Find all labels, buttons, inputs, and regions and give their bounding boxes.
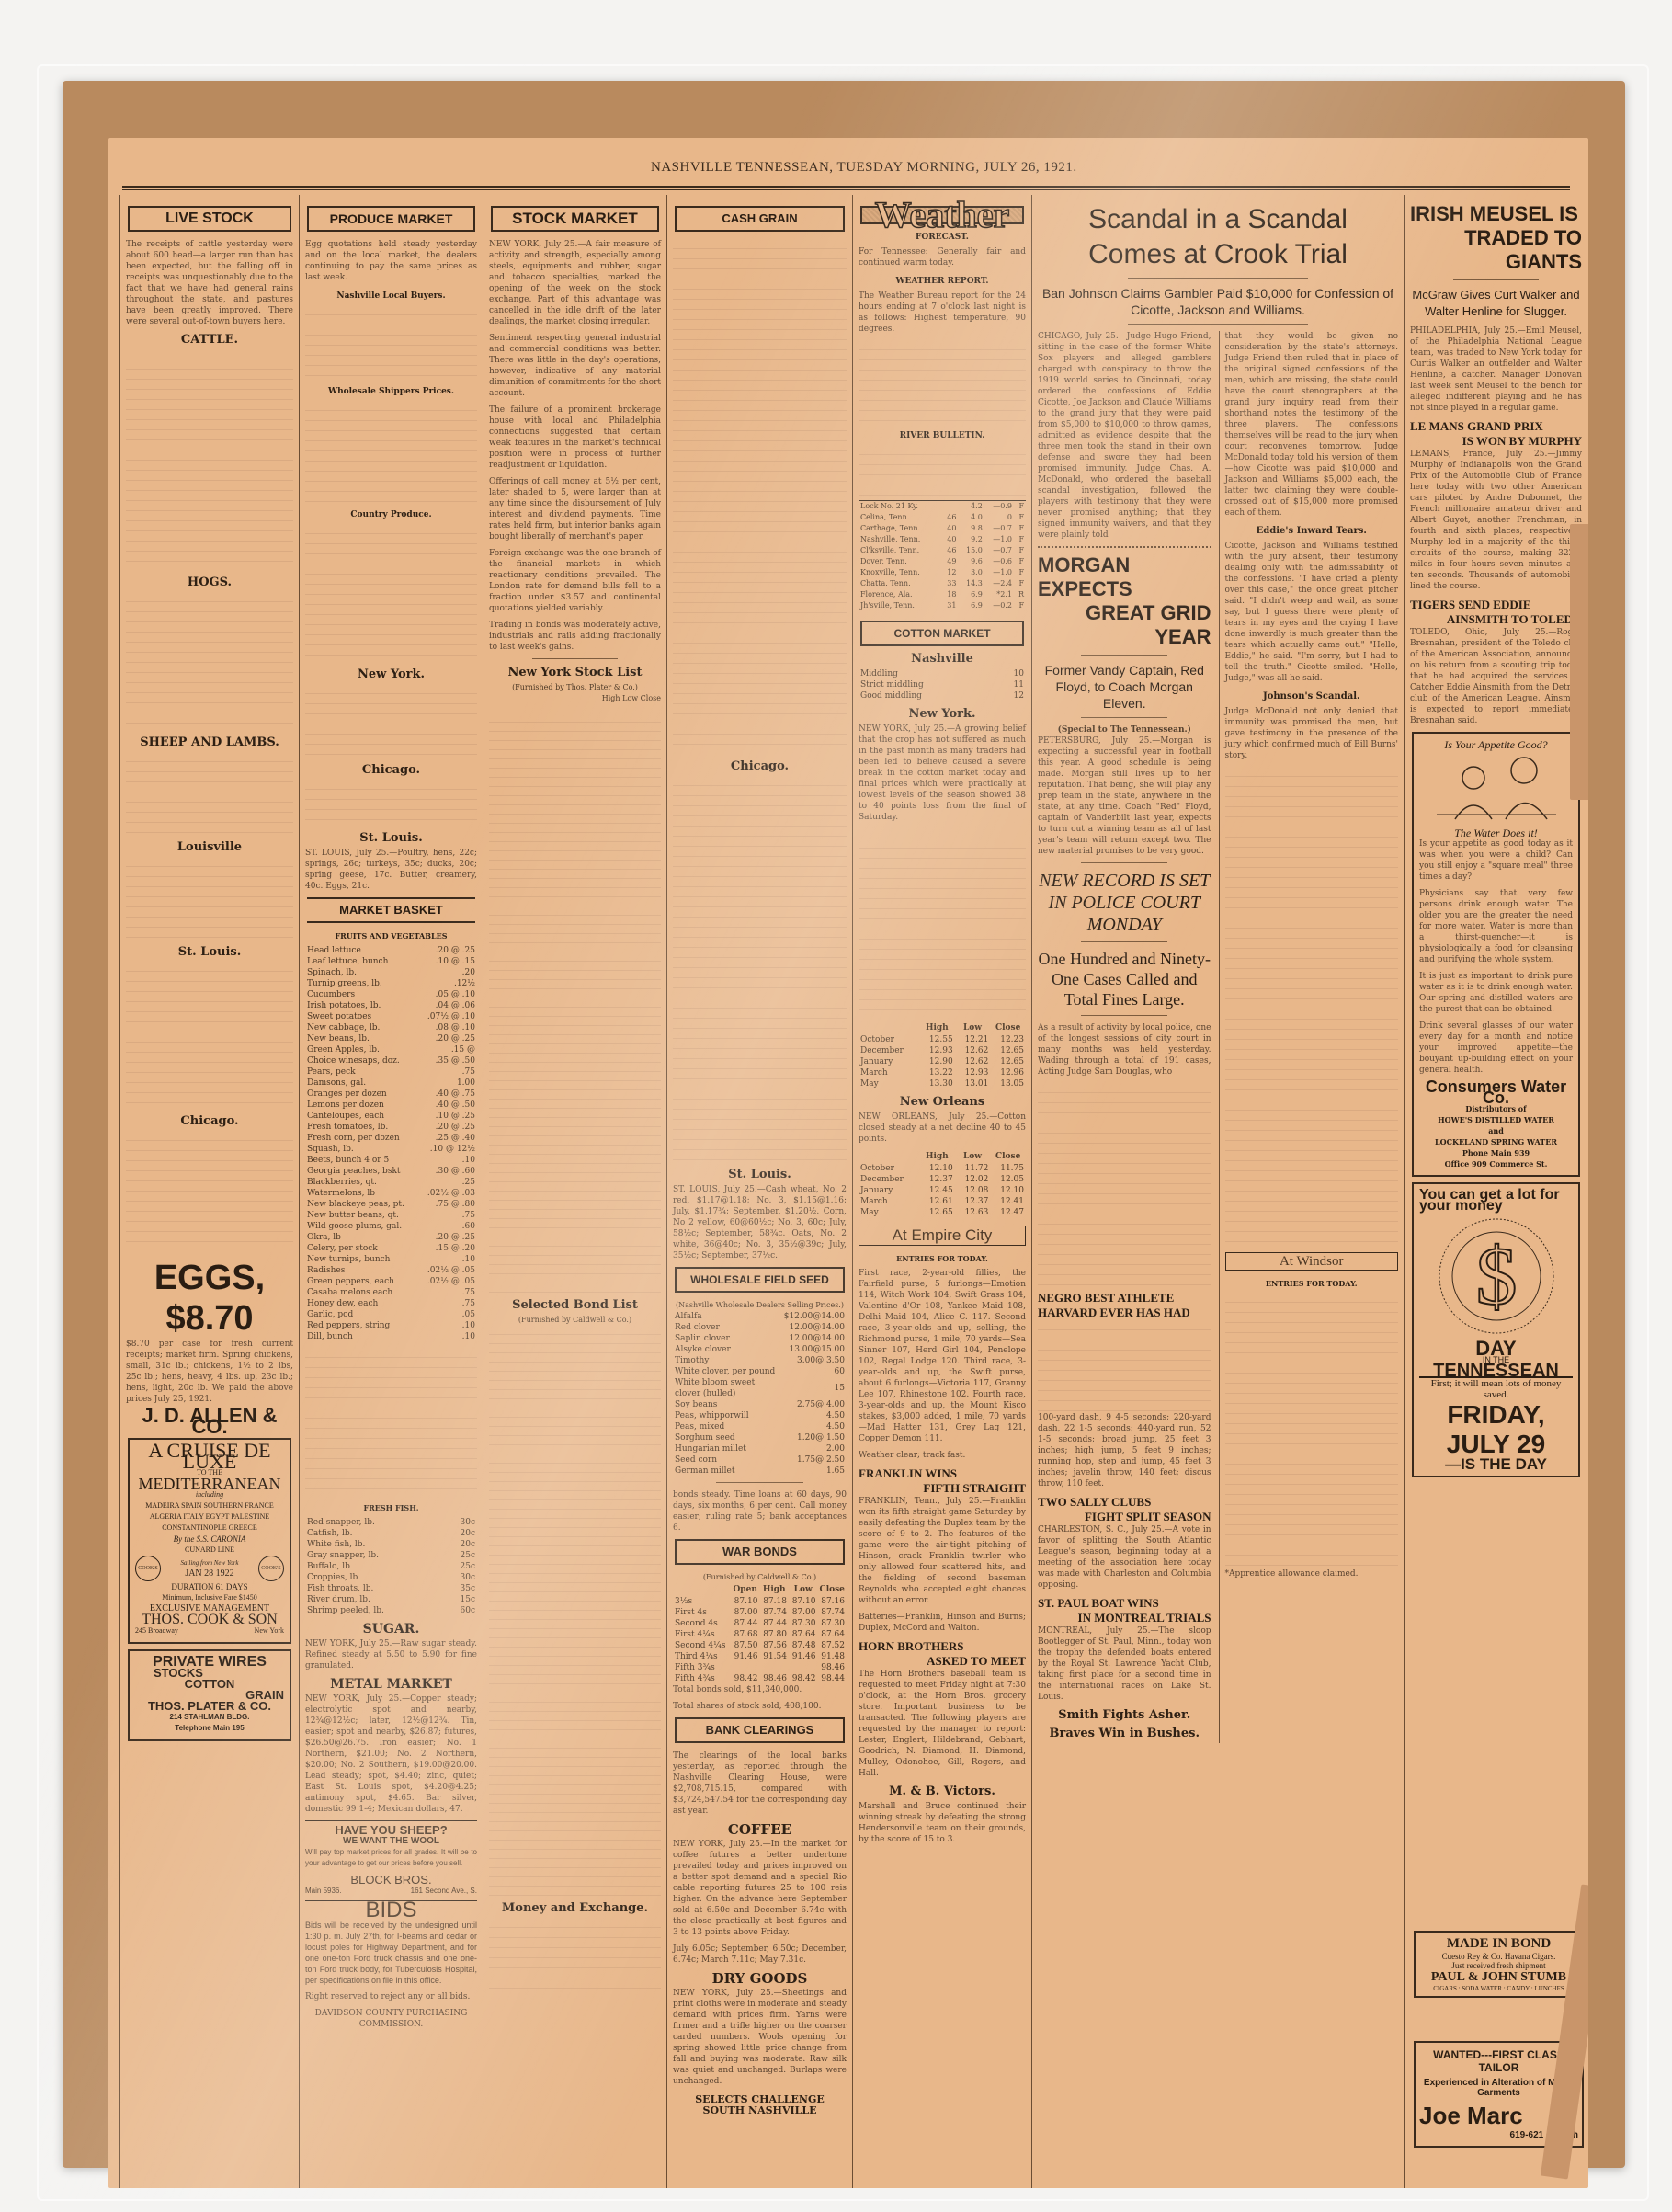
scandal-headline-2: Comes at Crook Trial [1038,237,1398,272]
col-low: Low [622,694,638,702]
table-cell: .75 [419,1287,477,1298]
table-cell: Fish throats, lb. [305,1583,445,1594]
dollar-day-friday: FRIDAY, [1419,1400,1573,1430]
table-cell: 11.72 [955,1163,991,1174]
horn-text: The Horn Brothers baseball team is reque… [859,1669,1026,1779]
table-cell: 30c [445,1572,477,1583]
table-cell: 87.18 [759,1596,789,1607]
sheep-ad-phone: Main 5936. [305,1886,342,1897]
table-cell: —0.2 [984,600,1014,611]
table-row: Buffalo, lb25c [305,1561,477,1572]
field-seed-header: WHOLESALE FIELD SEED [675,1267,845,1293]
table-cell: 12.08 [955,1185,991,1196]
table-cell: 13.01 [955,1078,991,1089]
table-cell: Radishes [305,1265,419,1276]
table-row: Florence, Ala.186.9*2.1R [859,589,1026,600]
table-cell: Dover, Tenn. [859,556,941,567]
victors-text: Marshall and Bruce continued their winni… [859,1801,1026,1845]
table-row: Saplin clover12.00@14.00 [673,1333,847,1344]
table-row: Georgia peaches, bskt.30 @ .60 [305,1166,477,1177]
table-cell: Spinach, lb. [305,967,419,978]
table-row: White bloom sweet clover (hulled)15 [673,1377,847,1399]
table-row: October12.5512.2112.23 [859,1034,1026,1045]
table-cell: 87.68 [731,1629,760,1640]
table-cell [673,1583,731,1596]
table-cell: Watermelons, lb [305,1188,419,1199]
table-cell: .05 [419,1309,477,1320]
table-row: 3½s87.1087.1887.1087.16 [673,1596,847,1607]
divider [1081,862,1167,864]
private-wires-ad: PRIVATE WIRES STOCKS COTTON GRAIN THOS. … [128,1649,291,1741]
table-cell: .02½ @ .03 [419,1188,477,1199]
table-cell: .20 @ .25 [419,1122,477,1133]
table-cell: Low [955,1150,991,1163]
water-text2: Physicians say that very few persons dri… [1419,888,1573,965]
river-bulletin-head: RIVER BULLETIN. [859,430,1026,441]
stpaul-text: MONTREAL, July 25.—The sloop Bootlegger … [1038,1625,1211,1703]
table-row: Watermelons, lb.02½ @ .03 [305,1188,477,1199]
table-cell: 2.00 [782,1443,847,1454]
metal-header: METAL MARKET [305,1679,477,1690]
table-cell: High [919,1021,955,1034]
hogs-price-table [126,592,293,730]
table-cell: Good middling [859,690,996,701]
table-cell: High [759,1583,789,1596]
table-row: New cabbage, lb..08 @ .10 [305,1022,477,1033]
tigers-text: TOLEDO, Ohio, July 25.—Roger Bresnahan, … [1410,627,1582,726]
table-cell: Close [817,1583,847,1596]
produce-subhead: Nashville Local Buyers. [305,291,477,302]
bank-clearings-text: The clearings of the local banks yesterd… [673,1750,847,1817]
st-louis-produce-text: ST. LOUIS, July 25.—Poultry, hens, 22c; … [305,848,477,892]
table-cell: 1.00 [419,1077,477,1089]
table-cell: 91.48 [817,1651,847,1662]
table-cell: 4.50 [782,1410,847,1421]
table-row: Red clover12.00@14.00 [673,1322,847,1333]
table-cell: 10 [996,668,1026,679]
table-cell: 12.02 [955,1174,991,1185]
divider [1081,655,1167,656]
water-office: Office 909 Commerce St. [1419,1158,1573,1169]
table-cell: Low [789,1583,818,1596]
table-cell: New cabbage, lb. [305,1022,419,1033]
scandal-continued [1225,767,1399,1245]
table-cell: Shrimp peeled, lb. [305,1605,445,1616]
smith-head: Smith Fights Asher. [1038,1710,1211,1721]
empire-weather: Weather clear; track fast. [859,1450,1026,1461]
cotton-ny-text: NEW YORK, July 25.—A growing belief that… [859,724,1026,823]
table-cell: 87.50 [731,1640,760,1651]
table-cell: 20c [445,1528,477,1539]
cigars-line1: MADE IN BOND [1419,1936,1578,1952]
table-cell: 9.6 [958,556,984,567]
cigars-ad: MADE IN BOND Cuesto Rey & Co. Havana Cig… [1414,1931,1584,1998]
table-cell: 3.0 [958,567,984,578]
table-row: March13.2212.9312.96 [859,1067,1026,1078]
table-cell: 30c [445,1517,477,1528]
table-cell: Florence, Ala. [859,589,941,600]
weather-report-more [859,340,1026,423]
table-cell: Celery, per stock [305,1243,419,1254]
meusel-deck: McGraw Gives Curt Walker and Walter Henl… [1410,287,1582,320]
war-bonds-header: WAR BONDS [675,1539,845,1565]
column-stock-market: STOCK MARKET NEW YORK, July 25.—A fair m… [483,195,666,2188]
column-cash-grain: CASH GRAIN Chicago. St. Louis. ST. LOUIS… [666,195,852,2188]
sheep-ad-address: 161 Second Ave., S. [411,1886,477,1897]
sheep-ad: HAVE YOU SHEEP? WE WANT THE WOOL Will pa… [305,1820,477,1901]
fruits-vegetables-subhead: FRUITS AND VEGETABLES [305,930,477,941]
table-cell: 25c [445,1550,477,1561]
table-cell: —0.9 [984,501,1014,513]
sheep-ad-subtitle: WE WANT THE WOOL [305,1836,477,1847]
table-cell: .75 [419,1298,477,1309]
table-cell: October [859,1163,919,1174]
table-cell: Lock No. 21 Ky. [859,501,941,513]
meats-groceries-table [305,1348,477,1495]
water-company: Consumers Water Co. [1419,1081,1573,1103]
table-cell: 98.42 [789,1673,818,1684]
stock-paragraph: Offerings of call money at 5½ per cent, … [489,476,661,542]
sugar-text: NEW YORK, July 25.—Raw sugar steady. Ref… [305,1638,477,1671]
empire-entries: First race, 2-year-old fillies, the Fair… [859,1268,1026,1444]
column-livestock: LIVE STOCK The receipts of cattle yester… [119,195,299,2188]
chicago-grain-text [673,776,847,1162]
coffee-prices: July 6.05c; September, 6.50c; December, … [673,1944,847,1966]
table-cell: Chatta. Tenn. [859,578,941,589]
table-row: Second 4¼s87.5087.5687.4887.52 [673,1640,847,1651]
table-row: OpenHighLowClose [673,1583,847,1596]
table-cell: Cucumbers [305,989,419,1000]
table-row: Red peppers, string.10 [305,1320,477,1331]
table-cell: Squash, lb. [305,1144,419,1155]
table-cell: 35c [445,1583,477,1594]
war-bonds-source: (Furnished by Caldwell & Co.) [673,1572,847,1583]
table-row: Green Apples, lb..15 @ [305,1044,477,1055]
table-cell: —0.7 [984,545,1014,556]
table-cell: 12 [941,567,958,578]
st-louis-grain-head: St. Louis. [673,1169,847,1180]
table-cell: Peas, mixed [673,1421,782,1432]
produce-subhead: St. Louis. [305,833,477,844]
cruise-company: THOS. COOK & SON [135,1614,284,1625]
table-cell: German millet [673,1465,782,1477]
war-bonds-table: OpenHighLowClose3½s87.1087.1887.1087.16F… [673,1583,847,1684]
stock-list-title: New York Stock List [489,667,661,678]
table-cell: Alfalfa [673,1311,782,1322]
table-cell: 12.47 [990,1207,1026,1218]
livestock-subhead: Chicago. [126,1116,293,1127]
cruise-address: 245 Broadway [135,1625,178,1636]
table-cell: 87.44 [759,1618,789,1629]
newspaper-page: NASHVILLE TENNESSEAN, TUESDAY MORNING, J… [108,138,1588,2188]
table-cell: F [1014,567,1026,578]
table-cell: 12.55 [919,1034,955,1045]
table-cell: 87.30 [789,1618,818,1629]
livestock-subhead: CATTLE. [126,335,293,346]
table-cell: 87.10 [731,1596,760,1607]
table-cell: Red snapper, lb. [305,1517,445,1528]
cruise-fare: Minimum, Inclusive Fare $1450 [135,1592,284,1603]
table-cell: R [1014,589,1026,600]
table-row: Dill, bunch.10 [305,1331,477,1342]
cigars-line3: Just received fresh shipment [1419,1961,1578,1970]
column-scandal: Scandal in a Scandal Comes at Crook Tria… [1031,195,1404,2188]
harvard-head1: NEGRO BEST ATHLETE [1038,1291,1211,1306]
table-cell: 9.2 [958,534,984,545]
cruise-line-name: CUNARD LINE [135,1545,284,1556]
col-high: High [602,694,620,702]
table-row: Alfalfa$12.00@14.00 [673,1311,847,1322]
table-cell: 3½s [673,1596,731,1607]
table-cell: 6.9 [958,600,984,611]
coffee-text: NEW YORK, July 25.—In the market for cof… [673,1839,847,1938]
table-cell: December [859,1045,919,1056]
divider [1038,546,1211,548]
cooks-badge-icon: COOK'S [135,1556,161,1581]
divider [1128,278,1308,279]
fresh-fish-table: Red snapper, lb.30cCatfish, lb.20cWhite … [305,1517,477,1616]
table-row: Turnip greens, lb..12½ [305,978,477,989]
table-row: Middling10 [859,668,1026,679]
masthead: NASHVILLE TENNESSEAN, TUESDAY MORNING, J… [108,138,1588,193]
bond-list-title: Selected Bond List [489,1300,661,1311]
col-close: Close [641,694,661,702]
water-caption: The Water Does it! [1419,827,1573,838]
eggs-ad: EGGS, $8.70 $8.70 per case for fresh cur… [126,1258,293,1432]
table-cell: .12½ [419,978,477,989]
table-cell: Irish potatoes, lb. [305,1000,419,1011]
eggs-text: $8.70 per case for fresh current receipt… [126,1339,293,1405]
table-row: HighLowClose [859,1150,1026,1163]
stock-list-source: (Furnished by Thos. Plater & Co.) [489,682,661,693]
coffee-header: COFFEE [673,1824,847,1835]
table-row: Spinach, lb..20 [305,967,477,978]
table-cell: F [1014,545,1026,556]
fresh-fish-subhead: FRESH FISH. [305,1502,477,1513]
table-cell: *2.1 [984,589,1014,600]
table-row: Nashville, Tenn.409.2—1.0F [859,534,1026,545]
table-row: Lemons per dozen.40 @ .50 [305,1100,477,1111]
money-note: bonds steady. Time loans at 60 days, 90 … [673,1489,847,1534]
table-cell: 13.05 [990,1078,1026,1089]
table-row: Soy beans2.75@ 4.00 [673,1399,847,1410]
table-cell: .15 @ [419,1044,477,1055]
table-cell: May [859,1207,919,1218]
table-row: Casaba melons each.75 [305,1287,477,1298]
table-row: Cl'ksville, Tenn.4615.0—0.7F [859,545,1026,556]
table-cell: 12.21 [955,1034,991,1045]
table-cell: Carthage, Tenn. [859,523,941,534]
divider [1453,279,1540,281]
table-cell: Honey dew, each [305,1298,419,1309]
table-cell: 12.41 [990,1196,1026,1207]
divider [1128,324,1308,325]
table-cell: 12.37 [955,1196,991,1207]
divider [716,1482,803,1484]
lemans-head2: IS WON BY MURPHY [1410,434,1582,449]
table-cell: 12.62 [955,1045,991,1056]
dollar-sign-packages-icon: $ [1432,1212,1561,1340]
table-row: New turnips, bunch.10 [305,1254,477,1265]
table-cell: 87.00 [789,1607,818,1618]
produce-subhead: Chicago. [305,765,477,776]
weather-logo: Weather [860,206,1024,224]
table-cell: .10 [419,1331,477,1342]
table-row: Fresh tomatoes, lb..20 @ .25 [305,1122,477,1133]
column-weather: Weather FORECAST. For Tennessee: General… [852,195,1031,2188]
table-cell: .10 @ .25 [419,1111,477,1122]
table-row: Irish potatoes, lb..04 @ .06 [305,1000,477,1011]
table-cell: Georgia peaches, bskt [305,1166,419,1177]
franklin-head2: FIFTH STRAIGHT [859,1481,1026,1496]
table-cell: 87.48 [789,1640,818,1651]
table-row: Fish throats, lb.35c [305,1583,477,1594]
table-row: Knoxville, Tenn.123.0—1.0F [859,567,1026,578]
torn-edge [1570,524,1588,800]
table-cell: 98.46 [759,1673,789,1684]
table-cell: 33 [941,578,958,589]
table-cell: 12.05 [990,1174,1026,1185]
table-cell: Second 4¼s [673,1640,731,1651]
cruise-sailing: Sailing from New York [180,1557,238,1568]
table-cell: March [859,1067,919,1078]
cotton-nashville-table: Middling10Strict middling11Good middling… [859,668,1026,701]
table-cell: 12.00@14.00 [782,1333,847,1344]
table-cell: Close [990,1150,1026,1163]
table-cell [789,1662,818,1673]
cotton-no-head: New Orleans [859,1097,1026,1108]
livestock-subhead: St. Louis. [126,947,293,958]
table-cell: 12 [996,690,1026,701]
masthead-title: NASHVILLE TENNESSEAN, TUESDAY MORNING, J… [651,160,1077,176]
wires-company: THOS. PLATER & CO. [135,1701,284,1712]
stock-paragraph: Foreign exchange was the one branch of t… [489,548,661,614]
table-cell: 14.3 [958,578,984,589]
table-cell: 12.65 [990,1045,1026,1056]
table-cell: Dill, bunch [305,1331,419,1342]
table-row: Green peppers, each.02½ @ .05 [305,1276,477,1287]
table-cell: .20 @ .25 [419,1033,477,1044]
stock-list-table [489,704,661,1293]
table-row: Second 4s87.4487.4487.3087.30 [673,1618,847,1629]
livestock-subhead: HOGS. [126,577,293,588]
table-cell: Canteloupes, each [305,1111,419,1122]
table-row: Lock No. 21 Ky.4.2—0.9F [859,501,1026,513]
table-cell: 87.00 [731,1607,760,1618]
table-cell: 40 [941,534,958,545]
weather-report-head: WEATHER REPORT. [859,276,1026,287]
table-cell: 11 [996,679,1026,690]
table-cell: May [859,1078,919,1089]
sally-text: CHARLESTON, S. C., July 25.—A vote in fa… [1038,1524,1211,1591]
table-cell: 12.93 [955,1067,991,1078]
table-cell: 46 [941,545,958,556]
sheep-ad-company: BLOCK BROS. [305,1875,477,1886]
windsor-entries-head: ENTRIES FOR TODAY. [1225,1278,1399,1289]
table-cell: .40 @ .75 [419,1089,477,1100]
svg-text:$: $ [1475,1231,1517,1322]
table-cell: .75 [419,1066,477,1077]
table-cell: .20 @ .25 [419,945,477,956]
table-cell: Turnip greens, lb. [305,978,419,989]
table-cell: —1.0 [984,534,1014,545]
table-cell: Third 4¼s [673,1651,731,1662]
produce-subhead: Country Produce. [305,509,477,520]
table-cell: Croppies, lb [305,1572,445,1583]
table-cell: Lemons per dozen [305,1100,419,1111]
table-cell: New beans, lb. [305,1033,419,1044]
money-exchange-head: Money and Exchange. [489,1903,661,1914]
sheep-ad-text: Will pay top market prices for all grade… [305,1847,477,1869]
dollar-day-text: First; it will mean lots of money saved. [1419,1378,1573,1400]
table-cell: River drum, lb. [305,1594,445,1605]
bond-list-source: (Furnished by Caldwell & Co.) [489,1315,661,1326]
table-cell: Choice winesaps, doz. [305,1055,419,1066]
table-cell: Leaf lettuce, bunch [305,956,419,967]
table-cell: Seed corn [673,1454,782,1465]
table-cell: 91.46 [789,1651,818,1662]
water-text4: Drink several glasses of our water every… [1419,1020,1573,1076]
field-seed-table: Alfalfa$12.00@14.00Red clover12.00@14.00… [673,1311,847,1477]
sheep-price-table [126,752,293,835]
cash-grain-text [673,239,847,754]
table-cell: 6.9 [958,589,984,600]
cruise-ports: MADEIRA SPAIN SOUTHERN FRANCE ALGERIA IT… [135,1500,284,1534]
mother-child-illustration-icon [1427,750,1565,824]
table-cell: October [859,1034,919,1045]
table-cell: .07½ @ .10 [419,1011,477,1022]
table-row: Alsyke clover13.00@15.00 [673,1344,847,1355]
table-cell: 12.45 [919,1185,955,1196]
new-york-produce-text [305,684,477,758]
stock-paragraph: Trading in bonds was moderately active, … [489,620,661,653]
stpaul-head2: IN MONTREAL TRIALS [1038,1611,1211,1625]
table-cell: Middling [859,668,996,679]
table-row: Fresh corn, per dozen.25 @ .40 [305,1133,477,1144]
cotton-nashville-head: Nashville [859,654,1026,665]
cruise-line3: MEDITERRANEAN [135,1478,284,1489]
police-deck: One Hundred and Ninety-One Cases Called … [1038,949,1211,1009]
chicago-grain-head: Chicago. [673,761,847,772]
table-row: Sweet potatoes.07½ @ .10 [305,1011,477,1022]
table-cell: 98.46 [817,1662,847,1673]
water-ad: Is Your Appetite Good? The Water Does it… [1412,732,1580,1177]
table-cell: $12.00@14.00 [782,1311,847,1322]
cruise-ship: By the S.S. CARONIA [135,1534,284,1545]
table-cell: Beets, bunch 4 or 5 [305,1155,419,1166]
table-cell: F [1014,534,1026,545]
cooks-badge-icon: COOK'S [258,1556,284,1581]
table-row: Radishes.02½ @ .05 [305,1265,477,1276]
table-cell: Fresh corn, per dozen [305,1133,419,1144]
table-cell: F [1014,556,1026,567]
table-cell: .10 [419,1320,477,1331]
table-row: Cucumbers.05 @ .10 [305,989,477,1000]
metal-text: NEW YORK, July 25.—Copper steady; electr… [305,1693,477,1815]
morgan-head1: MORGAN EXPECTS [1038,553,1211,601]
table-row: Seed corn1.75@ 2.50 [673,1454,847,1465]
table-row: Celina, Tenn.464.00F [859,512,1026,523]
table-cell: —1.0 [984,567,1014,578]
table-cell: 87.64 [817,1629,847,1640]
windsor-header: At Windsor [1225,1252,1399,1271]
dry-goods-text: NEW YORK, July 25.—Sheetings and print c… [673,1988,847,2087]
table-cell [759,1662,789,1673]
table-cell: .60 [419,1221,477,1232]
meusel-text: PHILADELPHIA, July 25.—Emil Meusel, of t… [1410,325,1582,414]
table-row: White clover, per pound60 [673,1366,847,1377]
cigars-company: PAUL & JOHN STUMB [1419,1970,1578,1985]
